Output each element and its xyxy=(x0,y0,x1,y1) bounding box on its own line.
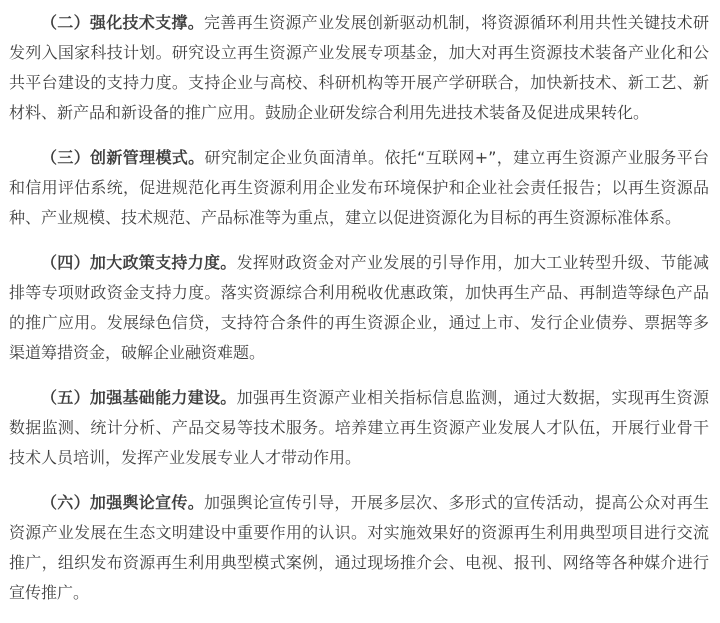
paragraph-section-3: （三）创新管理模式。研究制定企业负面清单。依托“互联网+”，建立再生资源产业服务… xyxy=(9,143,709,233)
paragraph-heading: （四）加大政策支持力度。 xyxy=(41,253,237,272)
paragraph-section-4: （四）加大政策支持力度。发挥财政资金对产业发展的引导作用，加大工业转型升级、节能… xyxy=(9,248,709,368)
paragraph-heading: （六）加强舆论宣传。 xyxy=(41,493,204,512)
document-body: （二）强化技术支撑。完善再生资源产业发展创新驱动机制，将资源循环利用共性关键技术… xyxy=(0,0,720,623)
paragraph-heading: （五）加强基础能力建设。 xyxy=(41,388,237,407)
paragraph-section-6: （六）加强舆论宣传。加强舆论宣传引导，开展多层次、多形式的宣传活动，提高公众对再… xyxy=(9,488,709,608)
paragraph-heading: （三）创新管理模式。 xyxy=(41,148,205,167)
paragraph-section-2: （二）强化技术支撑。完善再生资源产业发展创新驱动机制，将资源循环利用共性关键技术… xyxy=(9,8,709,128)
paragraph-section-5: （五）加强基础能力建设。加强再生资源产业相关指标信息监测，通过大数据，实现再生资… xyxy=(9,383,709,473)
paragraph-heading: （二）强化技术支撑。 xyxy=(41,13,204,32)
